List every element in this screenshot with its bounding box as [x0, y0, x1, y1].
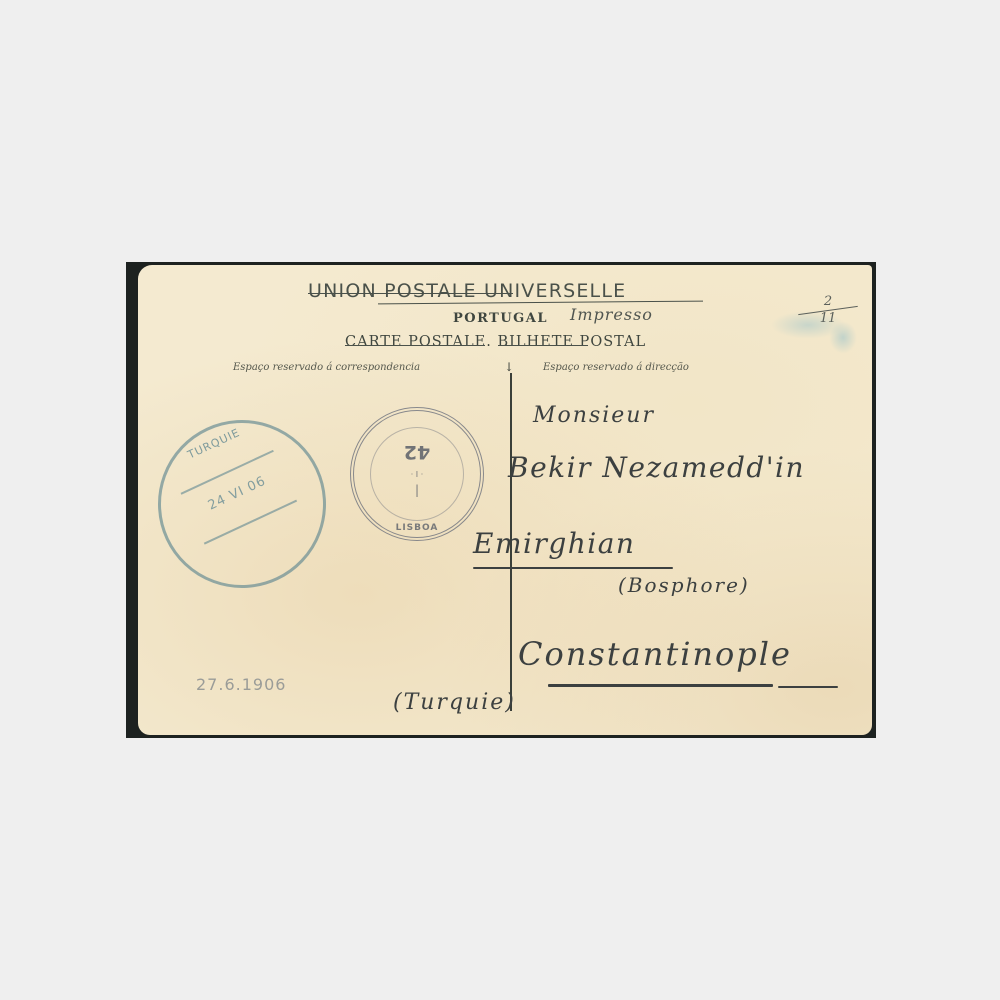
locality-underline	[473, 567, 673, 569]
postmark-ring-text: LISBOA	[354, 523, 480, 533]
country-title: PORTUGAL	[453, 311, 548, 326]
recipient-locality: Emirghian	[473, 527, 635, 560]
city-underline	[548, 684, 773, 687]
recipient-region: (Bosphore)	[618, 573, 750, 597]
recipient-city: Constantinople	[518, 635, 792, 673]
strikethrough-line	[498, 345, 588, 346]
correspondence-caption: Espaço reservado á correspondencia	[233, 362, 420, 373]
pencil-date: 27.6.1906	[196, 675, 286, 694]
salutation: Monsieur	[533, 403, 655, 428]
arrow-down-icon: ↓	[504, 361, 514, 373]
postmark-tick: |	[354, 483, 480, 497]
postcard: UNION POSTALE UNIVERSELLE PORTUGAL Impre…	[138, 265, 872, 735]
blue-postmark: TURQUIE 24 VI 06	[138, 392, 354, 615]
city-underline-tail	[778, 686, 838, 688]
handwritten-fraction: 2 11	[798, 295, 858, 325]
postmark-number: 42	[354, 441, 480, 463]
recipient-name: Bekir Nezamedd'in	[508, 451, 805, 484]
gray-postmark: 42 · I · | LISBOA	[350, 407, 484, 541]
card-type-title: CARTE POSTALE. BILHETE POSTAL	[345, 334, 646, 350]
address-caption: Espaço reservado á direcção	[543, 362, 689, 373]
postmark-small-text: · I ·	[354, 469, 480, 478]
recipient-country: (Turquie)	[393, 690, 516, 715]
strikethrough-line	[308, 293, 513, 294]
union-postale-title: UNION POSTALE UNIVERSELLE	[308, 280, 626, 302]
strikethrough-line	[345, 345, 485, 346]
handwritten-annotation: Impresso	[570, 305, 653, 324]
